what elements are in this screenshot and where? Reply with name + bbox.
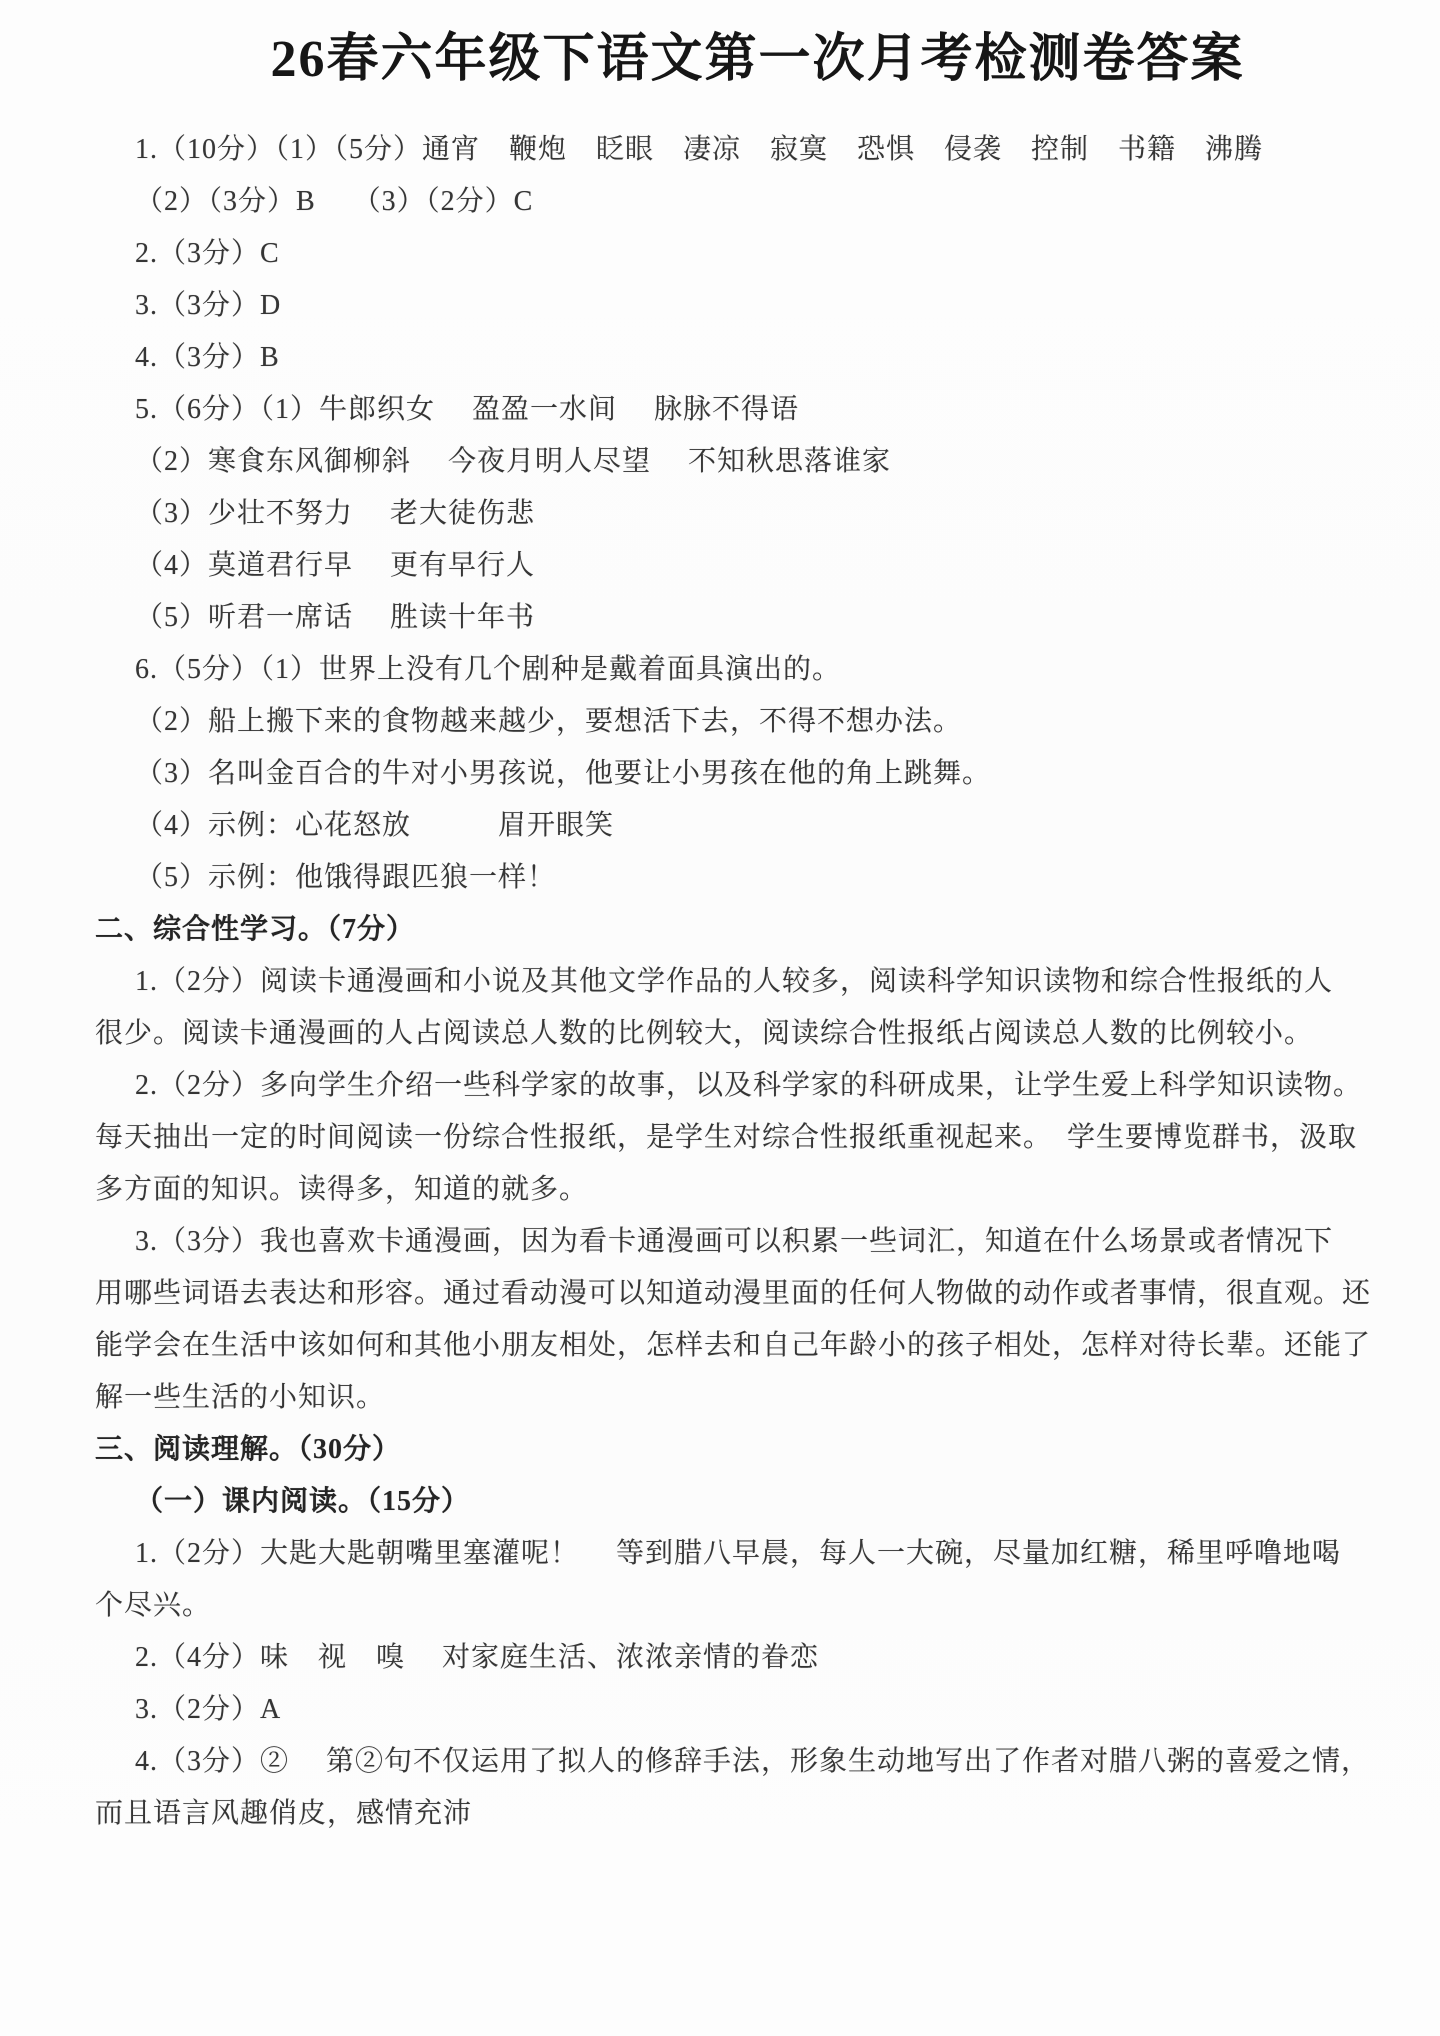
answer-line: 个尽兴。 — [95, 1580, 1350, 1632]
answer-line: （4）莫道君行早 更有早行人 — [95, 540, 1350, 592]
answer-line: （2）船上搬下来的食物越来越少，要想活下去，不得不想办法。 — [95, 696, 1350, 748]
answer-line: 1.（10分）（1）（5分）通宵 鞭炮 眨眼 凄凉 寂寞 恐惧 侵袭 控制 书籍… — [95, 124, 1350, 176]
answer-line: 2.（3分）C — [95, 228, 1350, 280]
answer-line: 3.（3分）D — [95, 280, 1350, 332]
answer-lines: 1.（10分）（1）（5分）通宵 鞭炮 眨眼 凄凉 寂寞 恐惧 侵袭 控制 书籍… — [95, 124, 1350, 1840]
answer-line: 1.（2分）阅读卡通漫画和小说及其他文学作品的人较多，阅读科学知识读物和综合性报… — [95, 956, 1350, 1008]
answer-line: 2.（2分）多向学生介绍一些科学家的故事，以及科学家的科研成果，让学生爱上科学知… — [95, 1060, 1350, 1112]
answer-line: （一）课内阅读。（15分） — [95, 1476, 1350, 1528]
answer-line: 1.（2分）大匙大匙朝嘴里塞灌呢！ 等到腊八早晨，每人一大碗，尽量加红糖，稀里呼… — [95, 1528, 1350, 1580]
answer-line: 6.（5分）（1）世界上没有几个剧种是戴着面具演出的。 — [95, 644, 1350, 696]
answer-line: （5）听君一席话 胜读十年书 — [95, 592, 1350, 644]
answer-line: （2）（3分）B （3）（2分）C — [95, 176, 1350, 228]
answer-line: 4.（3分）② 第②句不仅运用了拟人的修辞手法，形象生动地写出了作者对腊八粥的喜… — [95, 1736, 1350, 1788]
answer-sheet-page: 26春六年级下语文第一次月考检测卷答案 1.（10分）（1）（5分）通宵 鞭炮 … — [0, 0, 1440, 2036]
answer-line: 多方面的知识。读得多，知道的就多。 — [95, 1164, 1350, 1216]
answer-line: 用哪些词语去表达和形容。通过看动漫可以知道动漫里面的任何人物做的动作或者事情，很… — [95, 1268, 1350, 1320]
answer-line: 能学会在生活中该如何和其他小朋友相处，怎样去和自己年龄小的孩子相处，怎样对待长辈… — [95, 1320, 1350, 1372]
answer-line: （3）名叫金百合的牛对小男孩说，他要让小男孩在他的角上跳舞。 — [95, 748, 1350, 800]
answer-line: 3.（3分）我也喜欢卡通漫画，因为看卡通漫画可以积累一些词汇，知道在什么场景或者… — [95, 1216, 1350, 1268]
answer-line: 5.（6分）（1）牛郎织女 盈盈一水间 脉脉不得语 — [95, 384, 1350, 436]
page-title: 26春六年级下语文第一次月考检测卷答案 — [95, 0, 1350, 90]
answer-line: 每天抽出一定的时间阅读一份综合性报纸，是学生对综合性报纸重视起来。 学生要博览群… — [95, 1112, 1350, 1164]
answer-line: 很少。阅读卡通漫画的人占阅读总人数的比例较大，阅读综合性报纸占阅读总人数的比例较… — [95, 1008, 1350, 1060]
answer-line: 3.（2分）A — [95, 1684, 1350, 1736]
answer-line: （2）寒食东风御柳斜 今夜月明人尽望 不知秋思落谁家 — [95, 436, 1350, 488]
answer-line: 三、阅读理解。（30分） — [95, 1424, 1350, 1476]
answer-line: 二、综合性学习。（7分） — [95, 904, 1350, 956]
answer-line: （4）示例：心花怒放 眉开眼笑 — [95, 800, 1350, 852]
answer-line: 2.（4分）味 视 嗅 对家庭生活、浓浓亲情的眷恋 — [95, 1632, 1350, 1684]
answer-line: 解一些生活的小知识。 — [95, 1372, 1350, 1424]
answer-line: （5）示例：他饿得跟匹狼一样！ — [95, 852, 1350, 904]
answer-line: （3）少壮不努力 老大徒伤悲 — [95, 488, 1350, 540]
answer-line: 4.（3分）B — [95, 332, 1350, 384]
answer-line: 而且语言风趣俏皮，感情充沛 — [95, 1788, 1350, 1840]
